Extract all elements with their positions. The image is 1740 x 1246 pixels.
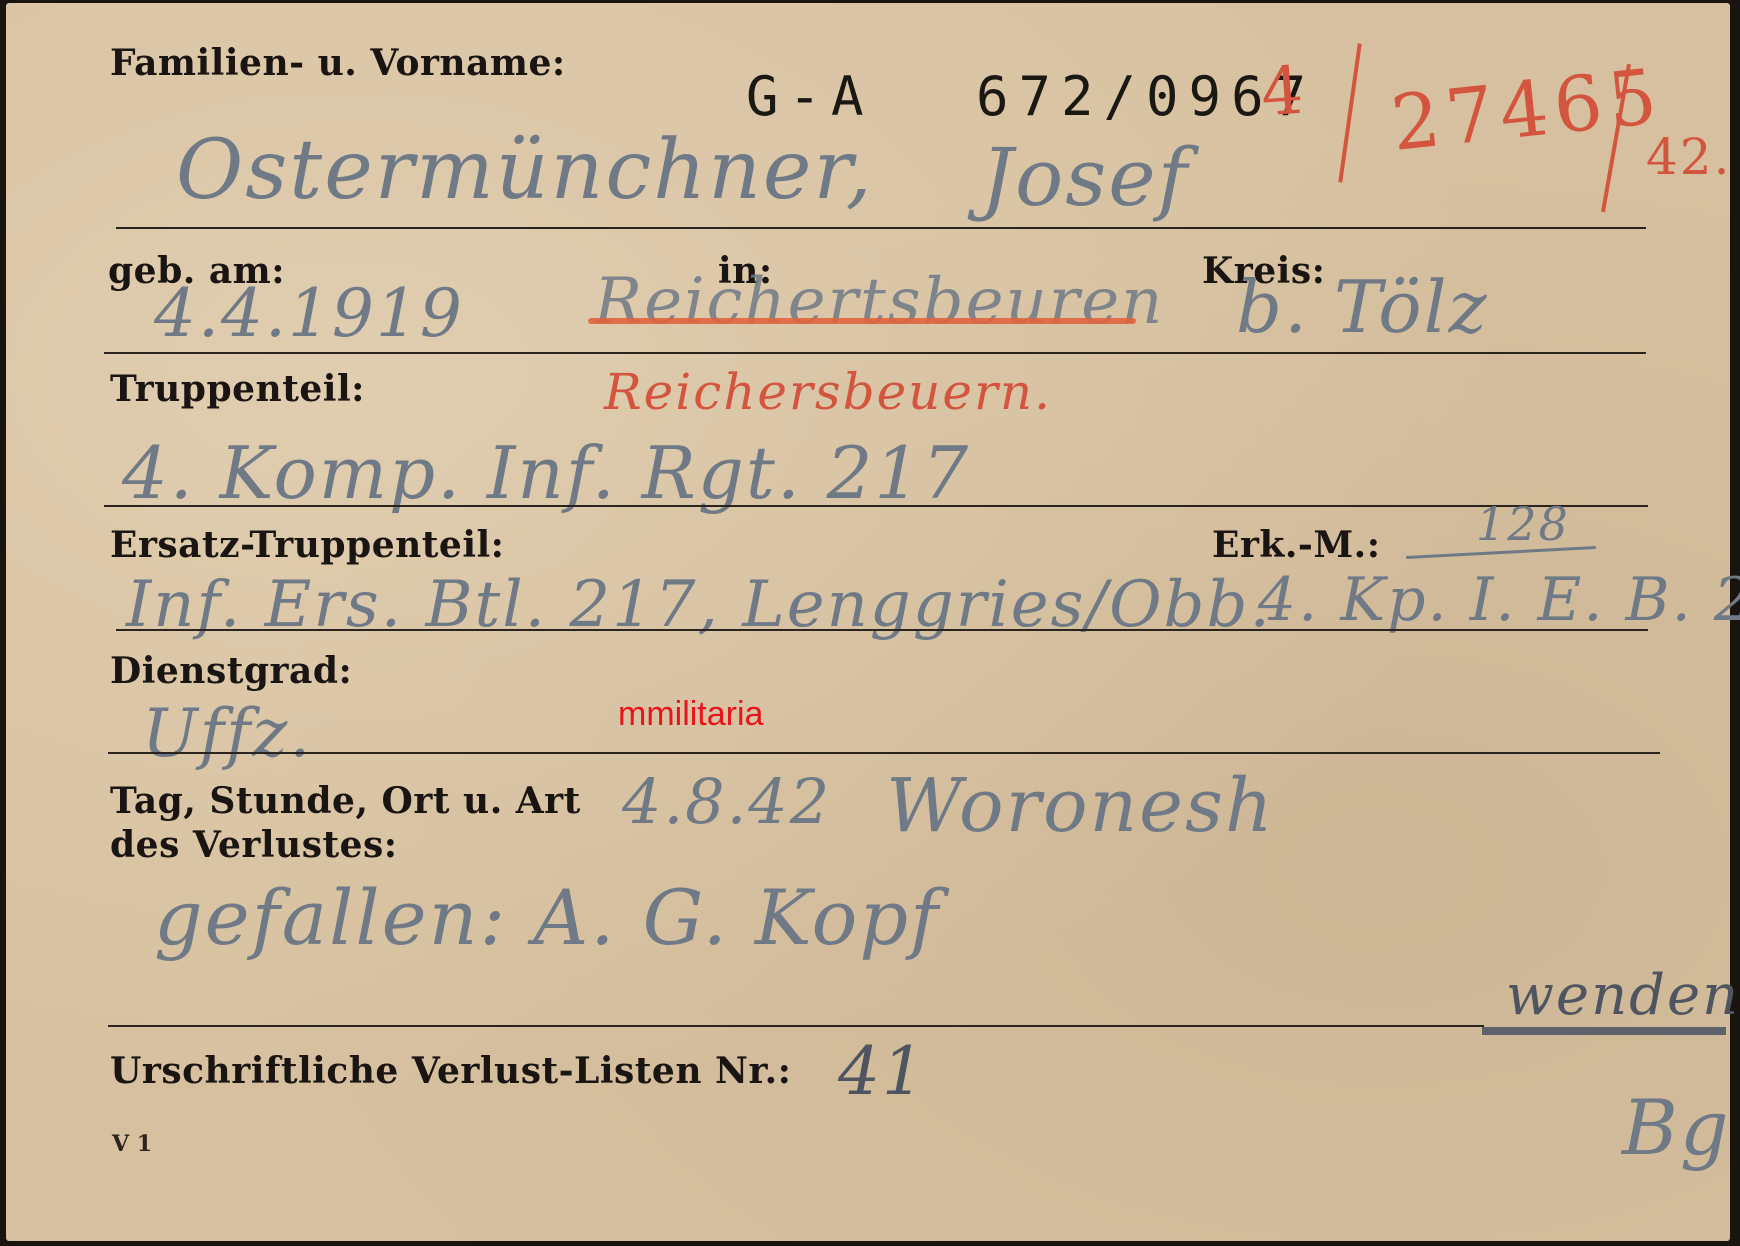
loss-list-label: Urschriftliche Verlust-Listen Nr.: — [110, 1051, 791, 1092]
unit-label: Truppenteil: — [110, 369, 365, 410]
name-label: Familien- u. Vorname: — [110, 43, 566, 84]
rank-value: Uffz. — [142, 695, 312, 772]
erk-m-label: Erk.-M.: — [1212, 525, 1381, 566]
clerk-initials: Bg — [1622, 1083, 1731, 1172]
surname-value: Ostermünchner, — [176, 123, 874, 218]
loss-date-value: 4.8.42 — [622, 765, 831, 838]
red-prefix-mark: 4 — [1258, 51, 1309, 131]
birth-place-struck-value: Reichertsbeuren — [594, 265, 1164, 339]
loss-label-line2: des Verlustes: — [110, 825, 398, 866]
given-name-value: Josef — [981, 131, 1189, 224]
loss-detail-value: gefallen: A. G. Kopf — [154, 873, 940, 962]
loss-list-value: 41 — [838, 1033, 926, 1110]
unit-rule — [104, 505, 1648, 507]
red-registry-number: 27465 — [1387, 51, 1667, 168]
rank-label: Dienstgrad: — [110, 651, 352, 692]
erk-value: 4. Kp. I. E. B. 217 — [1258, 565, 1740, 635]
loss-label-line1: Tag, Stunde, Ort u. Art — [110, 781, 581, 822]
red-year: 42. — [1646, 128, 1732, 186]
red-divider-line — [1338, 43, 1361, 182]
birth-place-corrected-value: Reichersbeuern. — [604, 363, 1052, 421]
replacement-unit-rule — [116, 629, 1648, 631]
district-value: b. Tölz — [1236, 265, 1489, 349]
loss-place-value: Woronesh — [886, 763, 1275, 849]
replacement-unit-label: Ersatz-Truppenteil: — [110, 525, 504, 566]
birth-rule — [104, 352, 1646, 354]
watermark-text: mmilitaria — [618, 695, 763, 734]
unit-value: 4. Komp. Inf. Rgt. 217 — [122, 431, 970, 515]
stamp-prefix: G-A — [746, 65, 874, 128]
turn-over-note: wenden — [1506, 963, 1740, 1028]
red-strikethrough — [588, 318, 1136, 324]
birth-date-value: 4.4.1919 — [154, 275, 464, 352]
rank-rule — [108, 752, 1660, 754]
form-number: V 1 — [112, 1131, 152, 1157]
erk-fraction-number: 128 — [1476, 497, 1570, 551]
name-rule — [116, 227, 1646, 229]
turn-over-underline — [1482, 1027, 1726, 1035]
loss-rule — [108, 1025, 1484, 1027]
casualty-index-card: Familien- u. Vorname: G-A 672/0967 4 274… — [6, 3, 1730, 1241]
